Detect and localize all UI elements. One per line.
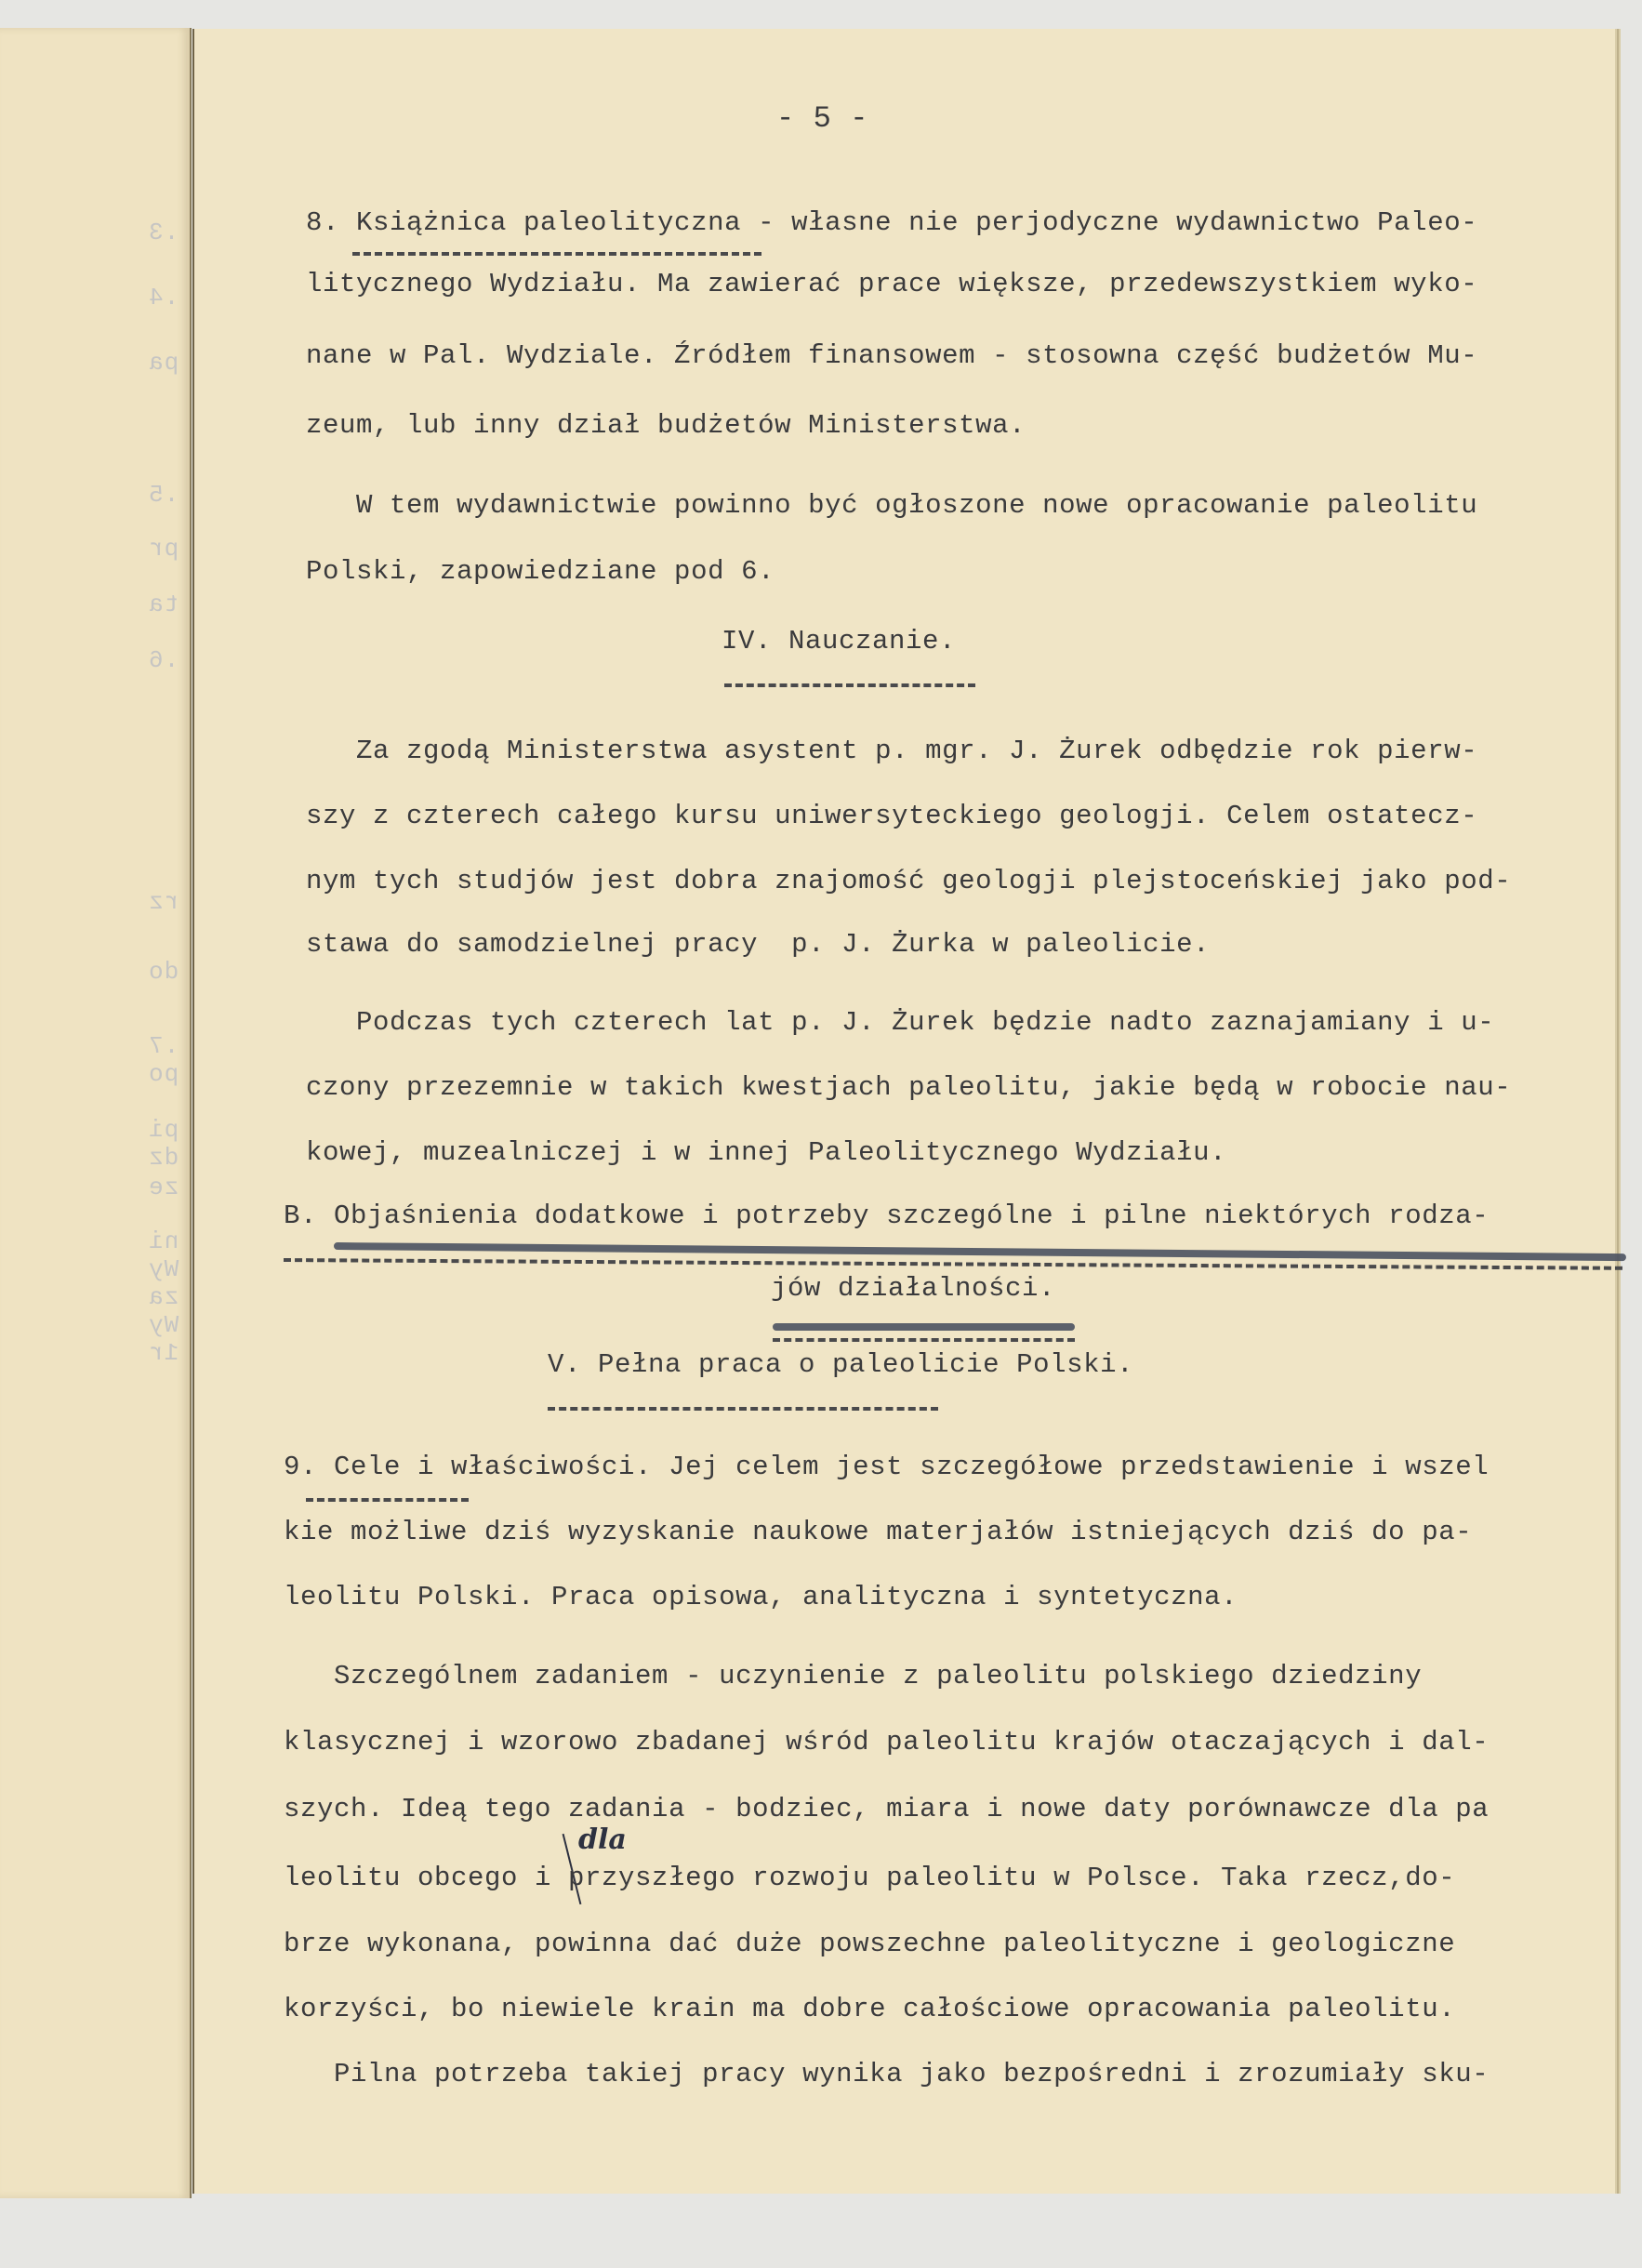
bleed-through-text: rz (148, 888, 179, 916)
page-number: - 5 - (776, 101, 868, 136)
bleed-through-text: ta (148, 590, 179, 618)
bleed-through-text: za (148, 1283, 179, 1311)
bleed-through-text: po (148, 1060, 179, 1088)
paragraph-line: szych. Ideą tego zadania - bodziec, miar… (284, 1794, 1489, 1824)
marker-underline-b-continued (773, 1323, 1075, 1331)
section-heading-b: B. Objaśnienia dodatkowe i potrzeby szcz… (284, 1200, 1489, 1231)
paragraph-line: szy z czterech całego kursu uniwersyteck… (306, 801, 1477, 831)
paragraph-line: 9. Cele i właściwości. Jej celem jest sz… (284, 1452, 1489, 1482)
paragraph-line: zeum, lub inny dział budżetów Ministerst… (306, 410, 1026, 441)
bleed-through-text: pa (148, 349, 179, 377)
paragraph-line: Za zgodą Ministerstwa asystent p. mgr. J… (306, 736, 1477, 766)
bleed-through-text: Wy (148, 1311, 179, 1339)
underline-heading-b-continued (773, 1338, 1075, 1342)
paragraph-line: brze wykonana, powinna dać duże powszech… (284, 1929, 1455, 1959)
underline-heading-9 (306, 1498, 469, 1502)
paragraph-line: Pilna potrzeba takiej pracy wynika jako … (284, 2059, 1489, 2089)
bleed-through-text: pi (148, 1116, 179, 1144)
underline-heading-b (284, 1258, 1622, 1270)
paragraph-line: leolitu obcego i przyszłego rozwoju pale… (284, 1863, 1455, 1893)
paragraph-line: litycznego Wydziału. Ma zawierać prace w… (306, 269, 1477, 299)
paragraph-line: Podczas tych czterech lat p. J. Żurek bę… (306, 1007, 1494, 1038)
bleed-through-text: pr (148, 535, 179, 563)
paragraph-line: Polski, zapowiedziane pod 6. (306, 556, 775, 587)
section-heading-b-continued: jów działalności. (771, 1273, 1055, 1304)
underline-heading-8 (352, 252, 761, 256)
bleed-through-text: .3 (148, 219, 179, 246)
paragraph-line: kie możliwe dziś wyzyskanie naukowe mate… (284, 1517, 1472, 1547)
bleed-through-text: .5 (148, 481, 179, 509)
bleed-through-text: .6 (148, 646, 179, 674)
paragraph-line: W tem wydawnictwie powinno być ogłoszone… (306, 490, 1477, 521)
marker-underline-b (334, 1242, 1626, 1261)
section-heading-iv: IV. Nauczanie. (722, 626, 956, 657)
paragraph-line: Szczególnem zadaniem - uczynienie z pale… (284, 1661, 1422, 1691)
bleed-through-text: dz (148, 1144, 179, 1172)
underline-heading-iv (724, 683, 975, 687)
paragraph-line: kowej, muzealniczej i w innej Paleolityc… (306, 1137, 1226, 1168)
typewritten-page: - 5 - 8. Książnica paleolityczna - własn… (192, 29, 1615, 2194)
paragraph-line: 8. Książnica paleolityczna - własne nie … (306, 207, 1477, 238)
handwritten-insertion: dla (578, 1824, 627, 1856)
paragraph-line: nym tych studjów jest dobra znajomość ge… (306, 866, 1511, 896)
paragraph-line: nane w Pal. Wydziale. Źródłem finansowem… (306, 340, 1477, 371)
paragraph-line: leolitu Polski. Praca opisowa, analitycz… (284, 1582, 1238, 1612)
paragraph-line: czony przezemnie w takich kwestjach pale… (306, 1072, 1511, 1103)
paragraph-line: korzyści, bo niewiele krain ma dobre cał… (284, 1994, 1455, 2024)
paragraph-line: klasycznej i wzorowo zbadanej wśród pale… (284, 1727, 1489, 1757)
bleed-through-text: .7 (148, 1032, 179, 1060)
bleed-through-text: .4 (148, 284, 179, 312)
paragraph-line: stawa do samodzielnej pracy p. J. Żurka … (306, 929, 1210, 960)
bleed-through-text: ni (148, 1227, 179, 1255)
bleed-through-text: ze (148, 1174, 179, 1201)
bleed-through-text: Wy (148, 1255, 179, 1283)
underline-heading-v (548, 1407, 938, 1411)
section-heading-v: V. Pełna praca o paleolicie Polski. (548, 1349, 1133, 1380)
bleed-through-text: do (148, 958, 179, 986)
previous-page-edge: .3 .4 pa .5 pr ta .6 rz do .7 po pi dz z… (0, 28, 192, 2198)
bleed-through-text: 1r (148, 1339, 179, 1367)
